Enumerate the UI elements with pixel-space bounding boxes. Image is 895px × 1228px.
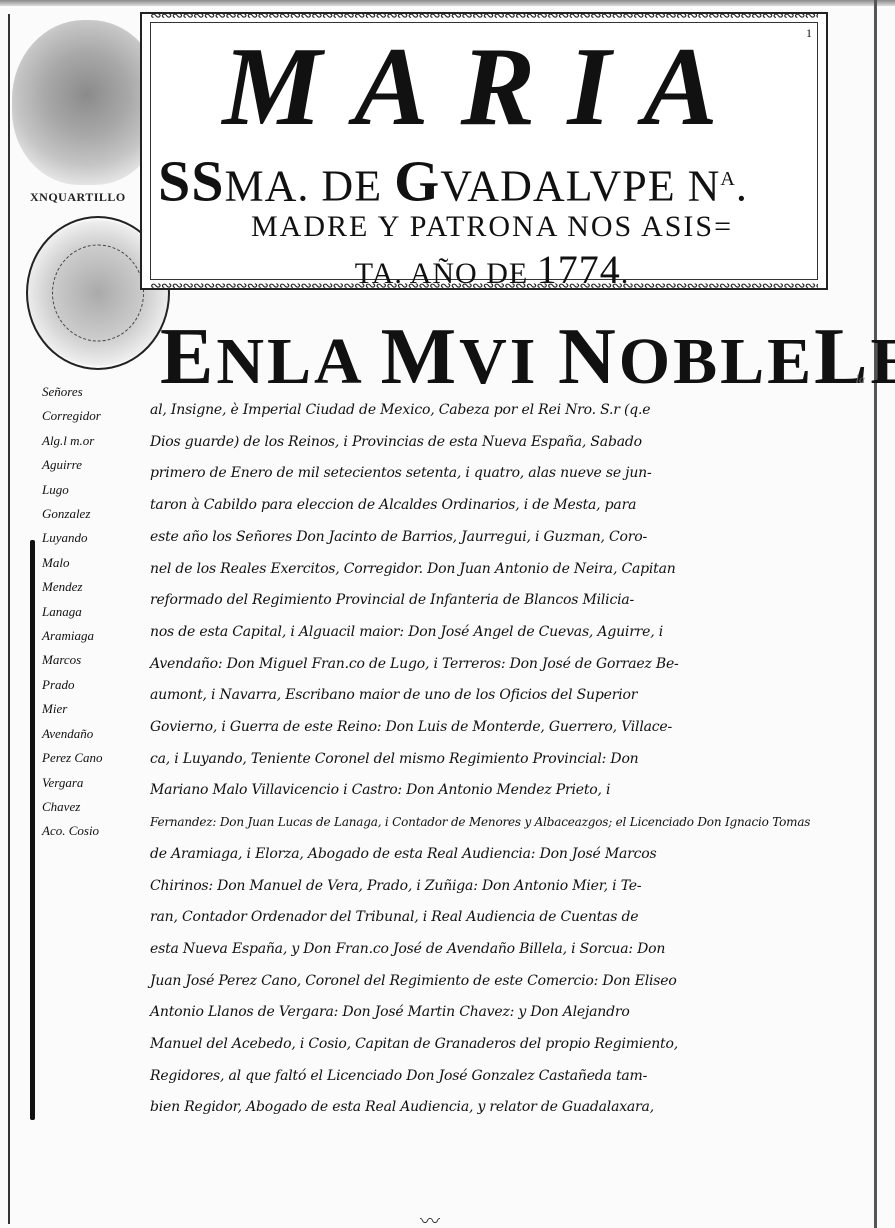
body-line: nel de los Reales Exercitos, Corregidor.… [150,554,865,586]
heading-vi: VI [459,325,558,398]
ornate-heading: ENLA MVI NOBLELE [160,322,860,397]
body-line: Mariano Malo Villavicencio i Castro: Don… [150,775,865,807]
heading-cap-m: M [381,313,460,401]
body-line: bien Regidor, Abogado de esta Real Audie… [150,1092,865,1124]
end-flourish-icon: 〰 [420,1205,440,1228]
body-line: ran, Contador Ordenador del Tribunal, i … [150,902,865,934]
body-line: Antonio Llanos de Vergara: Don José Mart… [150,997,865,1029]
title-line-year: TA. AÑO DE 1774. [162,246,822,293]
margin-name: Corregidor [42,404,142,428]
heading-cap-n: N [558,313,619,401]
body-line: primero de Enero de mil setecientos sete… [150,458,865,490]
body-line: nos de esta Capital, i Alguacil maior: D… [150,617,865,649]
margin-name: Vergara [42,771,142,795]
body-line: Dios guarde) de los Reinos, i Provincias… [150,427,865,459]
margin-name: Mendez [42,575,142,599]
manuscript-body: al, Insigne, è Imperial Ciudad de Mexico… [150,395,865,1124]
margin-name: Gonzalez [42,502,142,526]
title-de: . DE [297,162,394,211]
margin-name: Aco. Cosio [42,819,142,843]
title-frame: ∾∾∾∾∾∾∾∾∾∾∾∾∾∾∾∾∾∾∾∾∾∾∾∾∾∾∾∾∾∾∾∾∾∾∾∾∾∾∾∾… [140,12,828,290]
body-line: al, Insigne, è Imperial Ciudad de Mexico… [150,395,865,427]
seal-caption: XNQUARTILLO [30,190,126,205]
body-line: Manuel del Acebedo, i Cosio, Capitan de … [150,1029,865,1061]
body-line: Fernandez: Don Juan Lucas de Lanaga, i C… [150,807,865,839]
margin-name: Prado [42,673,142,697]
margin-name: Mier [42,697,142,721]
wave-border-top: ∾∾∾∾∾∾∾∾∾∾∾∾∾∾∾∾∾∾∾∾∾∾∾∾∾∾∾∾∾∾∾∾∾∾∾∾∾∾∾∾… [150,11,818,23]
body-line: Govierno, i Guerra de este Reino: Don Lu… [150,712,865,744]
body-line: ca, i Luyando, Teniente Coronel del mism… [150,744,865,776]
title-maria: MARIA [156,28,816,146]
page-right-edge [874,0,877,1228]
page-left-edge [8,14,10,1224]
margin-names-list: Señores Corregidor Alg.l m.or Aguirre Lu… [42,380,142,844]
title-line-guadalupe: SSMA. DE GVADALVPE NA. [158,154,818,212]
title-ss: SS [158,149,225,214]
body-line: Regidores, al que faltó el Licenciado Do… [150,1061,865,1093]
title-line-madre: MADRE Y PATRONA NOS ASIS= [162,210,822,244]
binding-shadow [30,540,35,1120]
body-line: de Aramiaga, i Elorza, Abogado de esta R… [150,839,865,871]
title-year-period: . [621,257,630,290]
body-line: reformado del Regimiento Provincial de I… [150,585,865,617]
heading-oble: OBLE [619,325,814,398]
body-line: esta Nueva España, y Don Fran.co José de… [150,934,865,966]
title-sup-a: A [720,168,735,190]
margin-name: Luyando [42,526,142,550]
body-line: taron à Cabildo para eleccion de Alcalde… [150,490,865,522]
title-ma: MA [225,162,298,211]
margin-name: Avendaño [42,722,142,746]
body-line: Chirinos: Don Manuel de Vera, Prado, i Z… [150,871,865,903]
body-line: Juan José Perez Cano, Coronel del Regimi… [150,966,865,998]
margin-name: Aramiaga [42,624,142,648]
seal-coat-of-arms [52,245,144,342]
title-ano-de: TA. AÑO DE [355,257,537,290]
title-period: . [736,162,748,211]
heading-e: E [871,325,895,398]
margin-name: Aguirre [42,453,142,477]
margin-name: Marcos [42,648,142,672]
title-vadalupe: VADALVPE N [440,162,720,211]
heading-nla: NLA [216,325,380,398]
margin-name: Chavez [42,795,142,819]
page-top-edge [0,0,895,6]
title-g: G [394,149,440,214]
heading-cap-l: L [814,313,870,401]
body-line: este año los Señores Don Jacinto de Barr… [150,522,865,554]
title-year: 1774 [537,247,621,292]
margin-name: Malo [42,551,142,575]
body-line: Avendaño: Don Miguel Fran.co de Lugo, i … [150,649,865,681]
margin-name: Perez Cano [42,746,142,770]
margin-name: Lanaga [42,600,142,624]
side-note: la [856,372,865,387]
manuscript-page: XNQUARTILLO ∾∾∾∾∾∾∾∾∾∾∾∾∾∾∾∾∾∾∾∾∾∾∾∾∾∾∾∾… [0,0,895,1228]
margin-name: Señores [42,380,142,404]
margin-name: Alg.l m.or [42,429,142,453]
heading-cap-e: E [160,313,216,401]
margin-name: Lugo [42,478,142,502]
body-line: aumont, i Navarra, Escribano maior de un… [150,680,865,712]
